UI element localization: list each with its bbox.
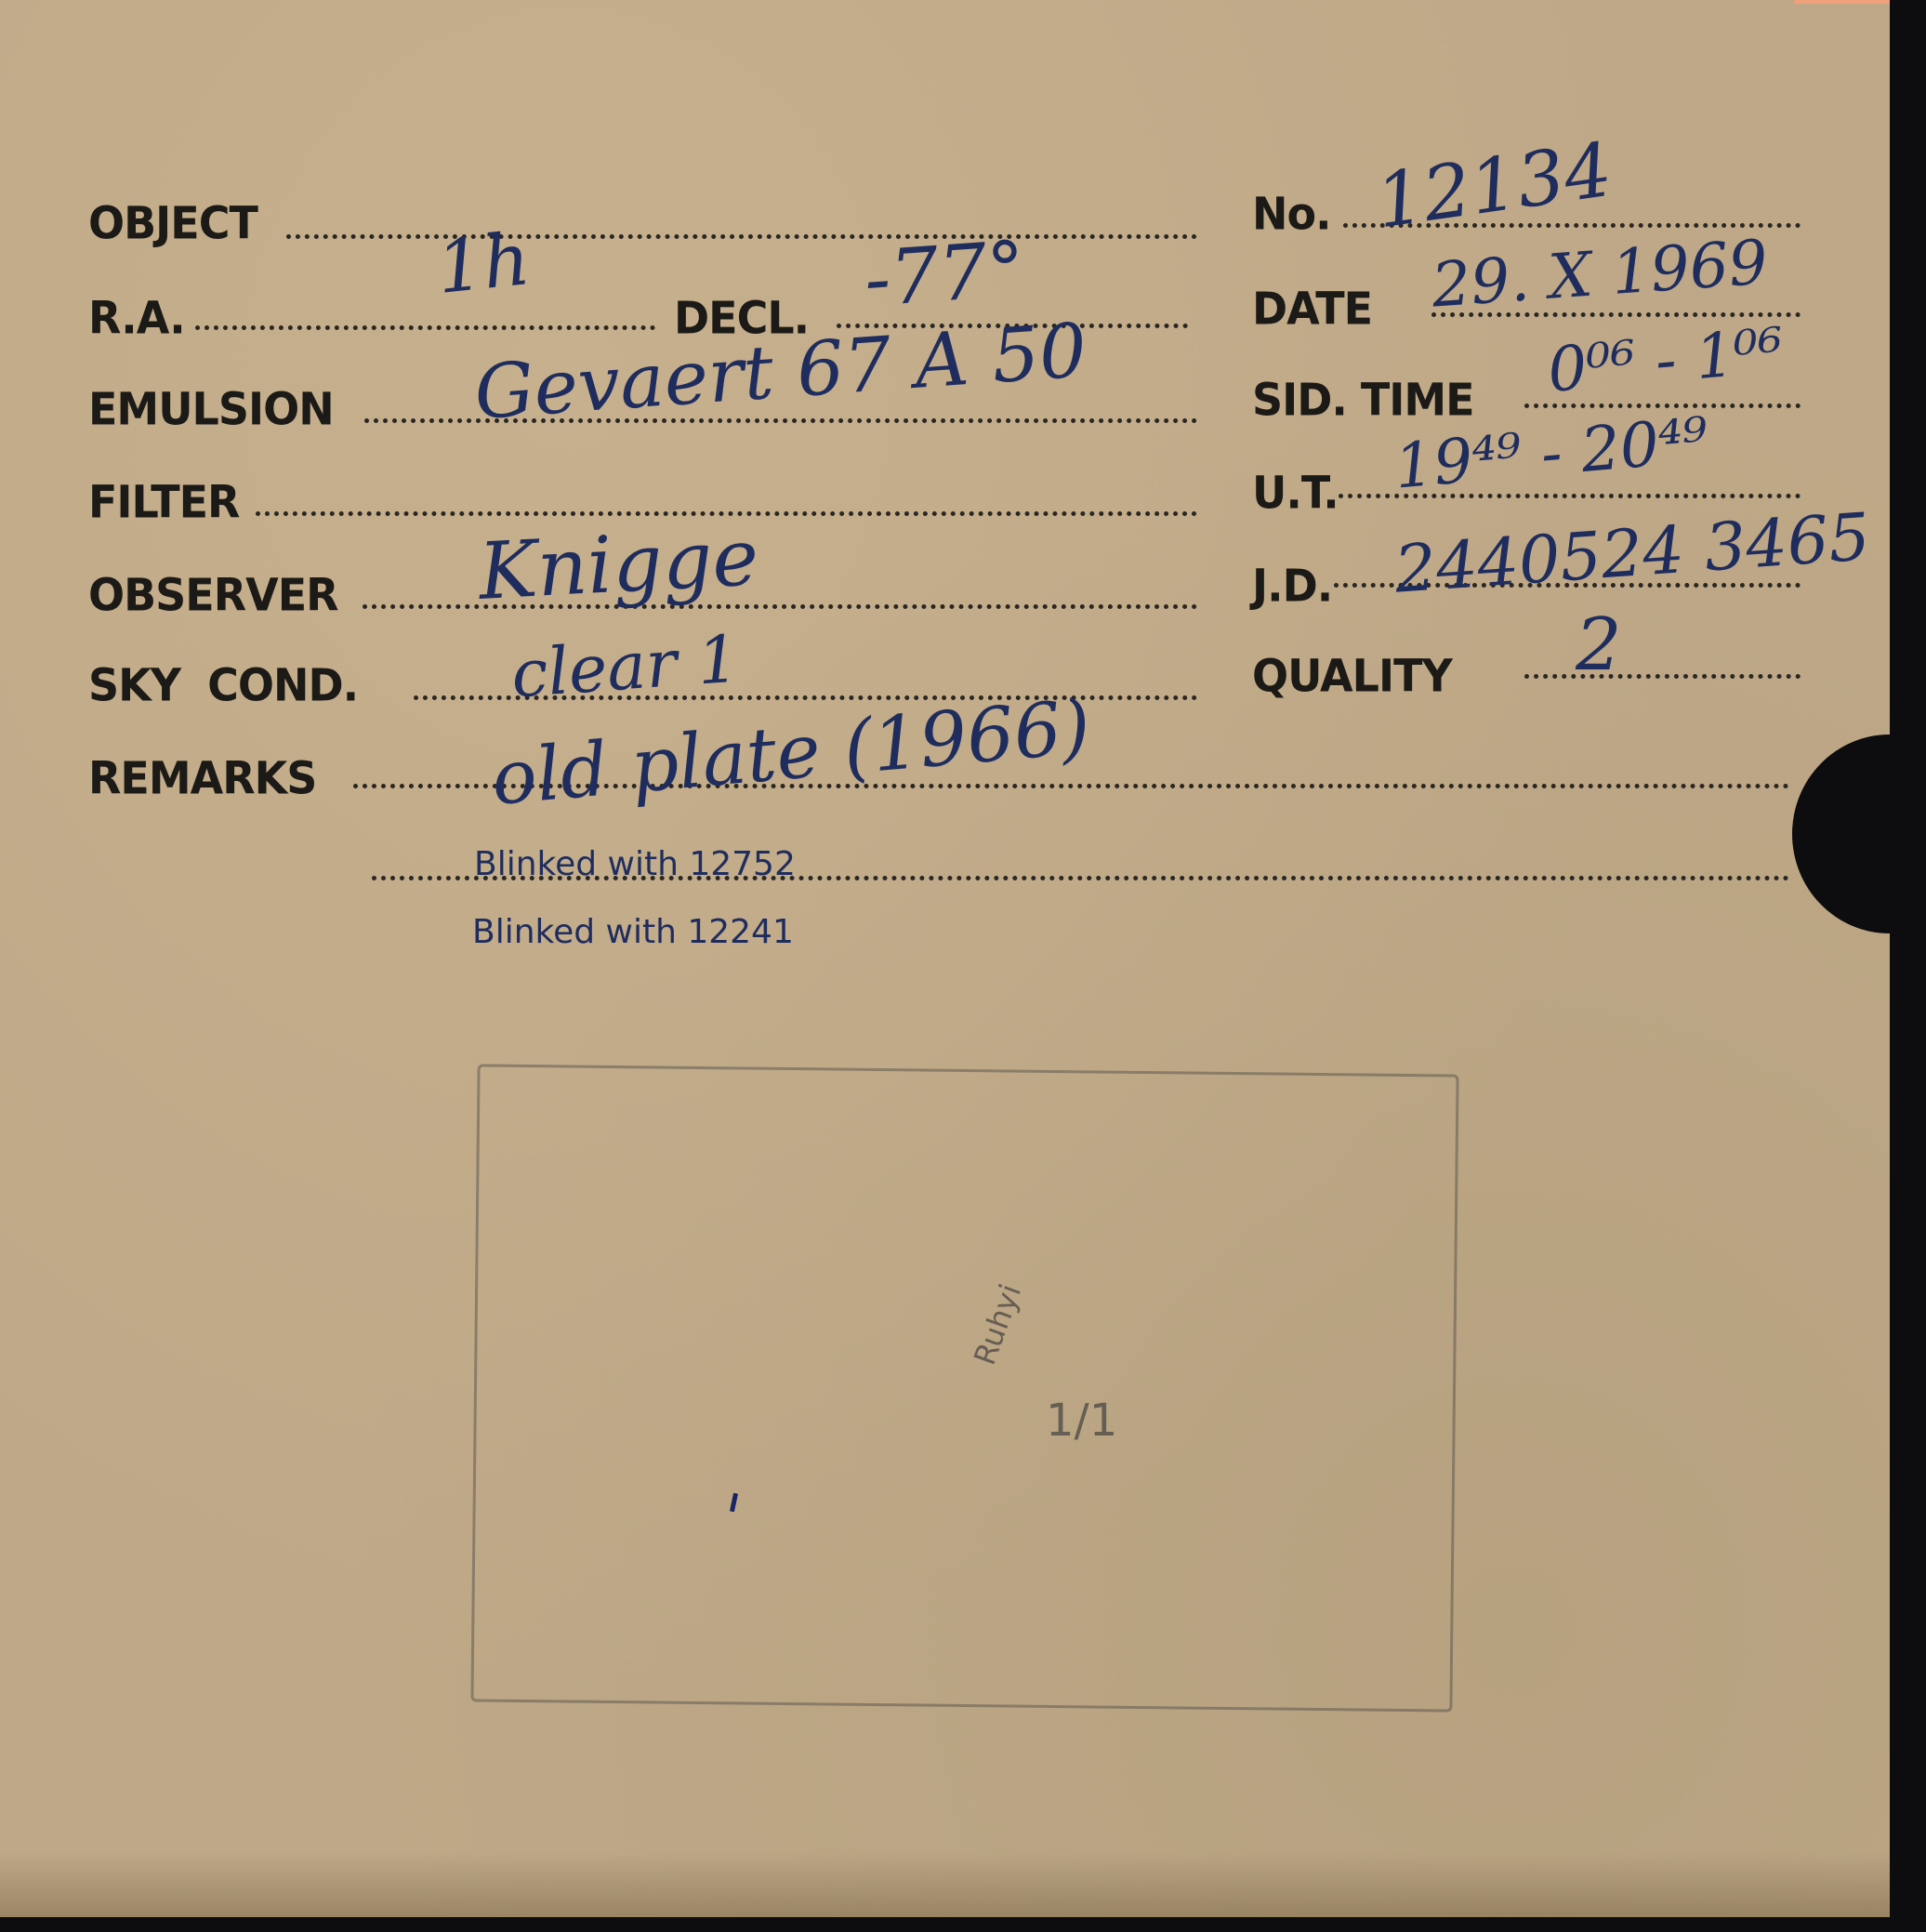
object-line xyxy=(286,234,1197,239)
pencil-plate-outline xyxy=(470,1064,1458,1712)
label-quality: QUALITY xyxy=(1252,654,1452,698)
remarks-value: old plate (1966) xyxy=(489,690,1093,816)
label-jd: J.D. xyxy=(1252,563,1332,608)
label-number: No. xyxy=(1252,192,1331,236)
label-sid-time: SID. TIME xyxy=(1252,377,1474,422)
sid-time-value: 0⁰⁶ - 1⁰⁶ xyxy=(1546,320,1787,402)
quality-line xyxy=(1524,674,1801,679)
quality-value: 2 xyxy=(1576,609,1622,681)
date-value: 29. X 1969 xyxy=(1430,232,1770,316)
sky-cond-value: clear 1 xyxy=(509,627,741,708)
label-ra: R.A. xyxy=(88,296,185,340)
note-blinked-2: Blinked with 12241 xyxy=(472,916,794,949)
label-object: OBJECT xyxy=(88,201,257,245)
ra-value: 1h xyxy=(433,223,533,305)
label-sky-cond: SKY COND. xyxy=(88,663,358,708)
label-remarks: REMARKS xyxy=(88,756,316,801)
plate-envelope: OBJECT R.A. 1h DECL. -77° EMULSION Gevae… xyxy=(0,0,1890,1917)
pencil-annotation-number: 1/1 xyxy=(1046,1395,1117,1447)
label-filter: FILTER xyxy=(88,480,239,524)
emulsion-value: Gevaert 67 A 50 xyxy=(472,313,1089,430)
observer-value: Knigge xyxy=(477,518,760,611)
label-observer: OBSERVER xyxy=(88,573,338,617)
label-emulsion: EMULSION xyxy=(88,387,334,431)
ra-line xyxy=(195,325,655,330)
label-ut: U.T. xyxy=(1252,470,1339,515)
note-blinked-1: Blinked with 12752 xyxy=(474,848,796,881)
decl-value: -77° xyxy=(862,232,1027,319)
label-date: DATE xyxy=(1252,286,1372,331)
top-edge-strip xyxy=(1794,0,1890,4)
